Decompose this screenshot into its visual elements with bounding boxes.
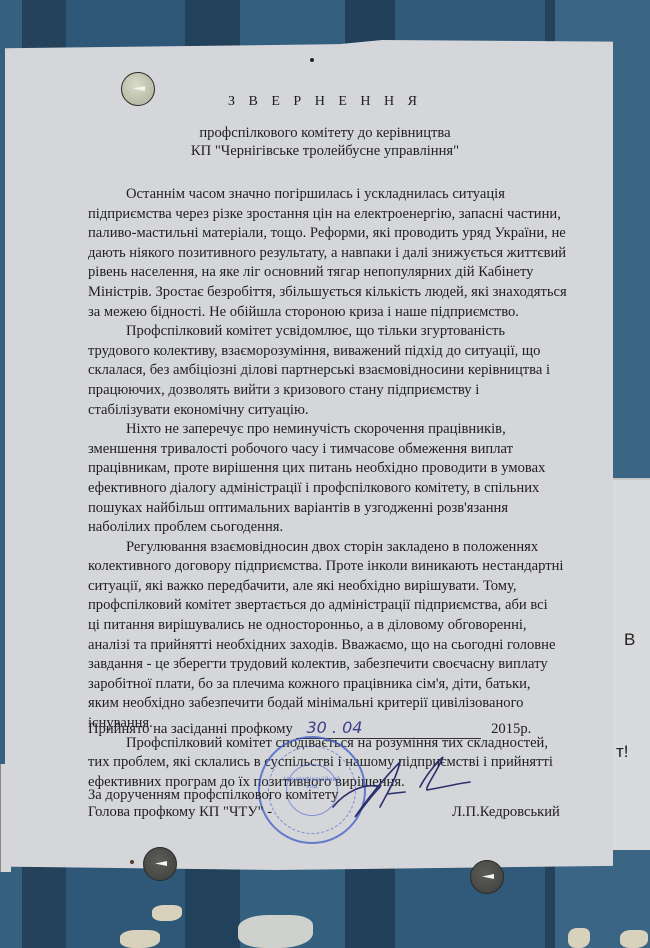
pin-hole	[310, 58, 314, 62]
paragraph: Профспілковий комітет усвідомлює, що тіл…	[88, 322, 588, 420]
text-line: ситуації, які важко передбачити, але які…	[88, 577, 588, 597]
text-line: працюючих, дозволять вийти з кризового с…	[88, 381, 588, 401]
text-line: зменшення тривалості робочого часу і тим…	[88, 440, 588, 460]
background-notice-right: В т!	[612, 478, 650, 850]
text-line: пошуках найбільш оптимальних варіантів в…	[88, 499, 588, 519]
text-line: дають ніякого позитивного результату, а …	[88, 244, 588, 264]
text-line: завдання - це зберегти трудовий колектив…	[88, 655, 588, 675]
pushpin-icon	[470, 860, 504, 894]
text-line: паливо-мастильні матеріали, тощо. Реформ…	[88, 224, 588, 244]
paint-peel	[568, 928, 590, 948]
text-line: підприємства через різке зростання цін н…	[88, 205, 588, 225]
text-line: рівень населення, на яке ліг основний тя…	[88, 263, 588, 283]
handwritten-date: 30 . 04	[296, 718, 481, 739]
text-line: яким необхідно забезпечити бодай мінімал…	[88, 694, 588, 714]
document-subtitle: профспілкового комітету до керівництва К…	[0, 124, 650, 160]
text-line: склалася, без амбіціозні ділові партнерс…	[88, 361, 588, 381]
paint-peel	[620, 930, 648, 948]
subtitle-line: профспілкового комітету до керівництва	[0, 124, 650, 142]
document-body: Останнім часом значно погіршилась і ускл…	[88, 185, 588, 792]
text-line: Міністрів. Зростає безробіття, збільшуєт…	[88, 283, 588, 303]
text-line: Останнім часом значно погіршилась і ускл…	[126, 186, 505, 202]
subtitle-line: КП "Чернігівське тролейбусне управління"	[0, 142, 650, 160]
paint-peel	[238, 915, 313, 948]
text-line: працівникам, проте вирішення цих питань …	[88, 459, 588, 479]
signature-position-line: Голова профкому КП "ЧТУ" -	[88, 803, 272, 823]
document-title: З В Е Р Н Е Н Н Я	[0, 92, 650, 112]
text-line: профспілковий комітет звертається до адм…	[88, 596, 588, 616]
text-line: стабілізувати економічну ситуацію.	[88, 401, 588, 421]
text-line: заробітної плати, бо за плечима кожного …	[88, 675, 588, 695]
signer-name: Л.П.Кедровський	[452, 803, 560, 823]
text-line: Профспілковий комітет усвідомлює, що тіл…	[126, 323, 505, 339]
text-line: трудового колективу, взаєморозуміння, ви…	[88, 342, 588, 362]
background-text-fragment: В	[624, 630, 635, 650]
text-line: колективного договору підприємства. Прот…	[88, 557, 588, 577]
paint-peel	[152, 905, 182, 921]
pushpin-icon	[143, 847, 177, 881]
paint-peel	[120, 930, 160, 948]
acceptance-year: 2015р.	[491, 721, 531, 737]
text-line: наболілих проблем сьогодення.	[88, 518, 588, 538]
paragraph: Останнім часом значно погіршилась і ускл…	[88, 185, 588, 322]
paragraph: Регулювання взаємовідносин двох сторін з…	[88, 538, 588, 734]
paragraph: Ніхто не заперечує про неминучість скоро…	[88, 420, 588, 538]
text-line: ці питання вирішувались не односторонньо…	[88, 616, 588, 636]
text-line: аналізі та прийнятті необхідних заходів.…	[88, 636, 588, 656]
pin-hole	[130, 860, 134, 864]
text-line: за межею бідності. Не обійшла стороною к…	[88, 303, 588, 323]
text-line: Ніхто не заперечує про неминучість скоро…	[126, 421, 506, 437]
acceptance-prefix: Прийнято на засіданні профкому	[88, 721, 293, 737]
text-line: ефективного діалогу адміністрації і проф…	[88, 479, 588, 499]
text-line: Регулювання взаємовідносин двох сторін з…	[126, 539, 538, 555]
background-text-fragment: т!	[616, 742, 629, 762]
